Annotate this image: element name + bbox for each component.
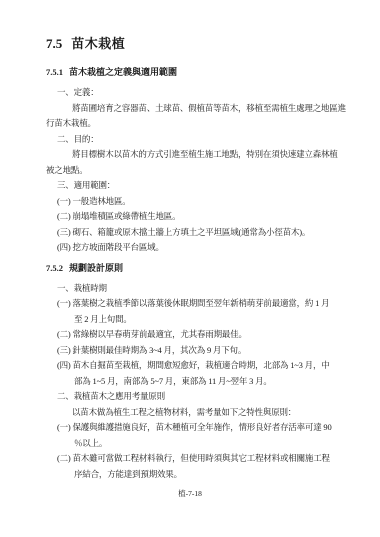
list-item: (一) 一般造林地區。 [57,194,346,210]
list-item: 一、栽植時期 [57,281,346,297]
section-number: 7.5.1 [46,67,63,77]
list-item: (二) 崩塌堆積區或綠帶植生地區。 [57,209,346,225]
paragraph-line: 將苗圃培育之容器苗、土球苗、假植苗等苗木，移植至需植生處理之地區進 [72,101,346,117]
section-title-text: 苗木栽植之定義與適用範圍 [69,65,177,78]
section-number: 7.5.2 [46,263,63,273]
paragraph-line: 被之地點。 [46,163,346,179]
list-item: 三、適用範圍： [57,178,346,194]
paragraph-line: 將目標樹木以苗木的方式引進至植生施工地點，特別在須快速建立森林植 [72,147,346,163]
chapter-number: 7.5 [46,36,62,52]
list-item: 二、栽植苗木之應用考量原則 [57,389,346,405]
chapter-title-text: 苗木栽植 [71,33,125,52]
list-item: (一) 保護與維護措施良好，苗木種植可全年施作，情形良好者存活率可達 90 [57,420,346,436]
list-item: (三) 砌石、箱籠或原木擋土牆上方填土之平坦區域(通常為小徑苗木)。 [57,225,346,241]
page-footer: 植-7-18 [0,488,380,499]
paragraph-line: 至 2 月上旬間。 [74,312,346,328]
document-page: 7.5 苗木栽植 7.5.1 苗木栽植之定義與適用範圍 一、定義： 將苗圃培育之… [0,0,380,537]
list-item: (二) 常綠樹以早春萌芽前最適宜，尤其春雨期最佳。 [57,327,346,343]
paragraph-line: 以苗木做為植生工程之植物材料，需考量如下之特性與原則： [72,405,346,421]
list-item: (一) 落葉樹之栽植季節以落葉後休眠期間至翌年新梢萌芽前最適當，約 1 月 [57,296,346,312]
section-title-text: 規劃設計原則 [69,261,123,274]
paragraph-line: 序結合，方能達到預期效果。 [74,467,346,483]
paragraph-line: 部為 1~5 月，南部為 5~7 月，東部為 11 月~翌年 3 月。 [74,374,346,390]
section-heading-751: 7.5.1 苗木栽植之定義與適用範圍 [46,65,346,78]
list-item: (三) 針葉樹則最佳時期為 3~4 月，其次為 9 月下旬。 [57,343,346,359]
list-item: (二) 苗木雖可當做工程材料執行，但使用時須與其它工程材料或相關施工程 [57,451,346,467]
list-item: (四) 挖方坡面階段平台區域。 [57,240,346,256]
paragraph-line: 行苗木栽植。 [46,116,346,132]
paragraph-line: ％以上。 [74,436,346,452]
list-item: 二、目的： [57,132,346,148]
list-item: 一、定義： [57,85,346,101]
section-heading-752: 7.5.2 規劃設計原則 [46,261,346,274]
list-item: (四) 苗木自掘苗至栽植，期間愈短愈好，栽植適合時期，北部為 1~3 月，中 [57,358,346,374]
chapter-heading: 7.5 苗木栽植 [46,33,346,52]
